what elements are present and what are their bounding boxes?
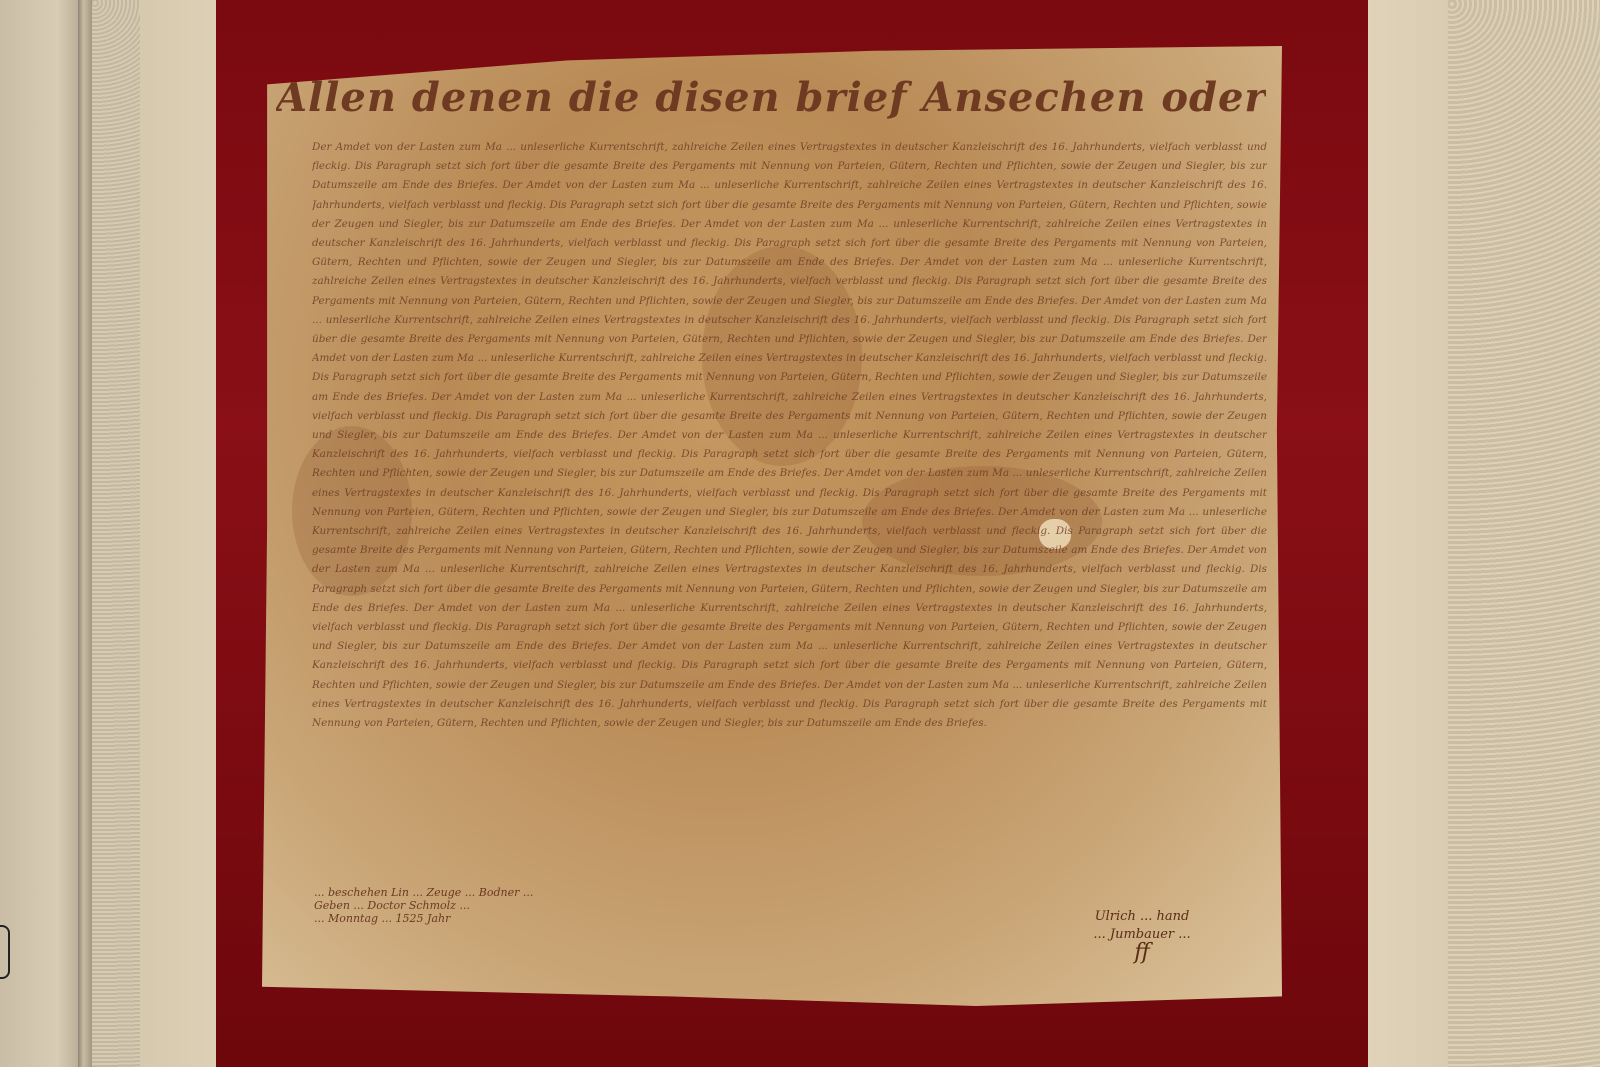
date-line: ... Monntag ... 1525 Jahr bbox=[314, 912, 1014, 925]
wall-bracket bbox=[0, 925, 10, 979]
stucco-wall-left bbox=[92, 0, 140, 1067]
signature-mark: ff bbox=[1042, 944, 1242, 962]
document-closing: ... beschehen Lin ... Zeuge ... Bodner .… bbox=[314, 886, 1014, 925]
document-body: Der Amdet von der Lasten zum Ma ... unle… bbox=[312, 138, 1267, 908]
display-case-edge bbox=[78, 0, 92, 1067]
parchment-document: Allen denen die disen brief Ansechen ode… bbox=[262, 46, 1282, 1006]
signature-line: Ulrich ... hand bbox=[1042, 908, 1242, 926]
signature: Ulrich ... hand ... Jumbauer ... ff bbox=[1042, 908, 1242, 962]
stucco-wall-right bbox=[1448, 0, 1600, 1067]
closing-line: Geben ... Doctor Schmolz ... bbox=[314, 899, 1014, 912]
closing-line: ... beschehen Lin ... Zeuge ... Bodner .… bbox=[314, 886, 1014, 899]
document-heading: Allen denen die disen brief Ansechen ode… bbox=[276, 74, 1266, 121]
wall-panel-left bbox=[140, 0, 218, 1067]
wall-left bbox=[0, 0, 82, 1067]
